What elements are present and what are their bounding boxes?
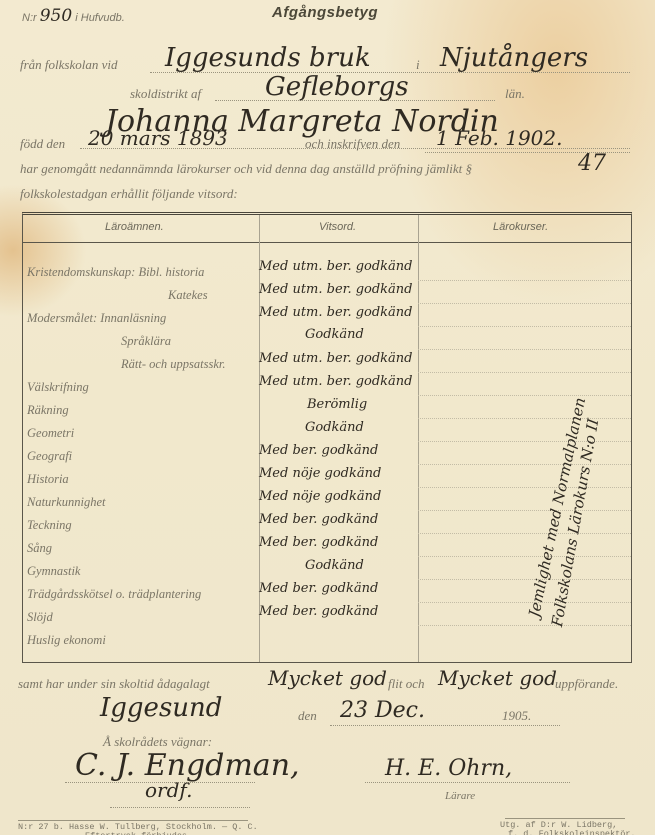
row-line (418, 280, 631, 281)
subject-label: Geometri (27, 426, 74, 441)
row-line (418, 303, 631, 304)
grade-value: Med utm. ber. godkänd (259, 282, 413, 297)
footer-publisher-title: f. d. Folkskoleinspektör. (508, 829, 636, 835)
year-value: 1905. (502, 708, 531, 724)
born-date: 20 mars 1893 (88, 126, 228, 150)
grade-value: Godkänd (305, 420, 364, 435)
footer-copyright: Eftertryck förbjudes. (85, 831, 192, 835)
footer-left-rule (18, 820, 248, 821)
board-title-line (110, 807, 250, 808)
subject-label: Kristendomskunskap: Bibl. historia (27, 265, 204, 280)
grade-value: Med nöje godkänd (259, 489, 381, 504)
teacher-signature-line (365, 782, 570, 783)
grade-value: Med utm. ber. godkänd (259, 374, 413, 389)
subject-label: Slöjd (27, 610, 53, 625)
nr-label: N:r (22, 12, 37, 24)
subject-label: Naturkunnighet (27, 495, 105, 510)
grade-value: Med utm. ber. godkänd (259, 259, 413, 274)
grade-value: Med ber. godkänd (259, 581, 378, 596)
row-line (418, 602, 631, 603)
document-title: Afgångsbetyg (272, 4, 378, 21)
row-line (418, 556, 631, 557)
statement-line2: folkskolestadgan erhållit följande vitso… (20, 186, 238, 202)
date-value: 23 Dec. (340, 698, 425, 723)
county-name: Gefleborgs (265, 72, 409, 102)
school-name: Iggesunds bruk (165, 43, 371, 73)
row-line (418, 349, 631, 350)
subject-label: Gymnastik (27, 564, 80, 579)
diligence-grade: Mycket god (268, 666, 387, 690)
conduct-suffix: uppförande. (555, 676, 618, 692)
grade-value: Med ber. godkänd (259, 512, 378, 527)
footer-right-rule (505, 818, 625, 819)
nr-value: 950 (40, 6, 72, 26)
grade-value: Med ber. godkänd (259, 535, 378, 550)
subject-label: Räkning (27, 403, 69, 418)
header-subjects: Läroämnen. (105, 221, 164, 233)
subject-label: Katekes (168, 288, 208, 303)
born-label: född den (20, 136, 65, 152)
subject-label: Välskrifning (27, 380, 89, 395)
grades-table: Läroämnen. Vitsord. Lärokurser. Kristend… (22, 212, 632, 663)
district-label: skoldistrikt af (130, 86, 201, 102)
grade-value: Godkänd (305, 558, 364, 573)
conduct-prefix: samt har under sin skoltid ådagalagt (18, 676, 210, 692)
grade-value: Berömlig (307, 397, 367, 412)
row-line (418, 441, 631, 442)
record-number: N:r 950 i Hufvudb. (22, 6, 125, 26)
teacher-label: Lärare (445, 790, 475, 802)
grade-value: Med utm. ber. godkänd (259, 305, 413, 320)
grade-value: Med utm. ber. godkänd (259, 351, 413, 366)
board-title: ordf. (145, 778, 192, 802)
grade-value: Godkänd (305, 327, 364, 342)
header-courses: Lärokurser. (493, 221, 548, 233)
paragraph-number: 47 (578, 151, 606, 176)
subject-label: Geografi (27, 449, 72, 464)
row-line (418, 372, 631, 373)
row-line (418, 533, 631, 534)
place: Iggesund (100, 693, 222, 723)
row-line (418, 510, 631, 511)
teacher-signature: H. E. Ohrn, (385, 756, 512, 781)
subject-label: Rätt- och uppsatsskr. (121, 357, 226, 372)
parish-name: Njutångers (440, 43, 588, 73)
grade-value: Med ber. godkänd (259, 604, 378, 619)
row-line (418, 579, 631, 580)
date-line (330, 725, 560, 726)
header-divider (23, 242, 631, 243)
enrolled-date: 1 Feb. 1902. (436, 126, 562, 150)
nr-suffix: i Hufvudb. (75, 12, 125, 24)
column-divider-2 (418, 215, 419, 662)
school-label: från folkskolan vid (20, 57, 118, 73)
subject-label: Huslig ekonomi (27, 633, 106, 648)
row-line (418, 487, 631, 488)
statement-text: har genomgått nedannämnda lärokurser och… (20, 161, 472, 176)
subject-label: Teckning (27, 518, 72, 533)
row-line (418, 464, 631, 465)
conduct-middle: flit och (388, 676, 424, 692)
header-grades: Vitsord. (319, 221, 356, 233)
row-line (418, 625, 631, 626)
subject-label: Trädgårdsskötsel o. trädplantering (27, 587, 201, 602)
row-line (418, 326, 631, 327)
row-line (418, 395, 631, 396)
grade-value: Med ber. godkänd (259, 443, 378, 458)
behaviour-grade: Mycket god (438, 666, 557, 690)
subject-label: Historia (27, 472, 69, 487)
grade-value: Med nöje godkänd (259, 466, 381, 481)
in-label: i (416, 57, 420, 73)
county-suffix: län. (505, 86, 525, 102)
date-label: den (298, 708, 317, 724)
enrolled-label: och inskrifven den (305, 136, 400, 152)
statement-line1: har genomgått nedannämnda lärokurser och… (20, 161, 472, 177)
subject-label: Språklära (121, 334, 171, 349)
subject-label: Sång (27, 541, 52, 556)
subject-label: Modersmålet: Innanläsning (27, 311, 166, 326)
